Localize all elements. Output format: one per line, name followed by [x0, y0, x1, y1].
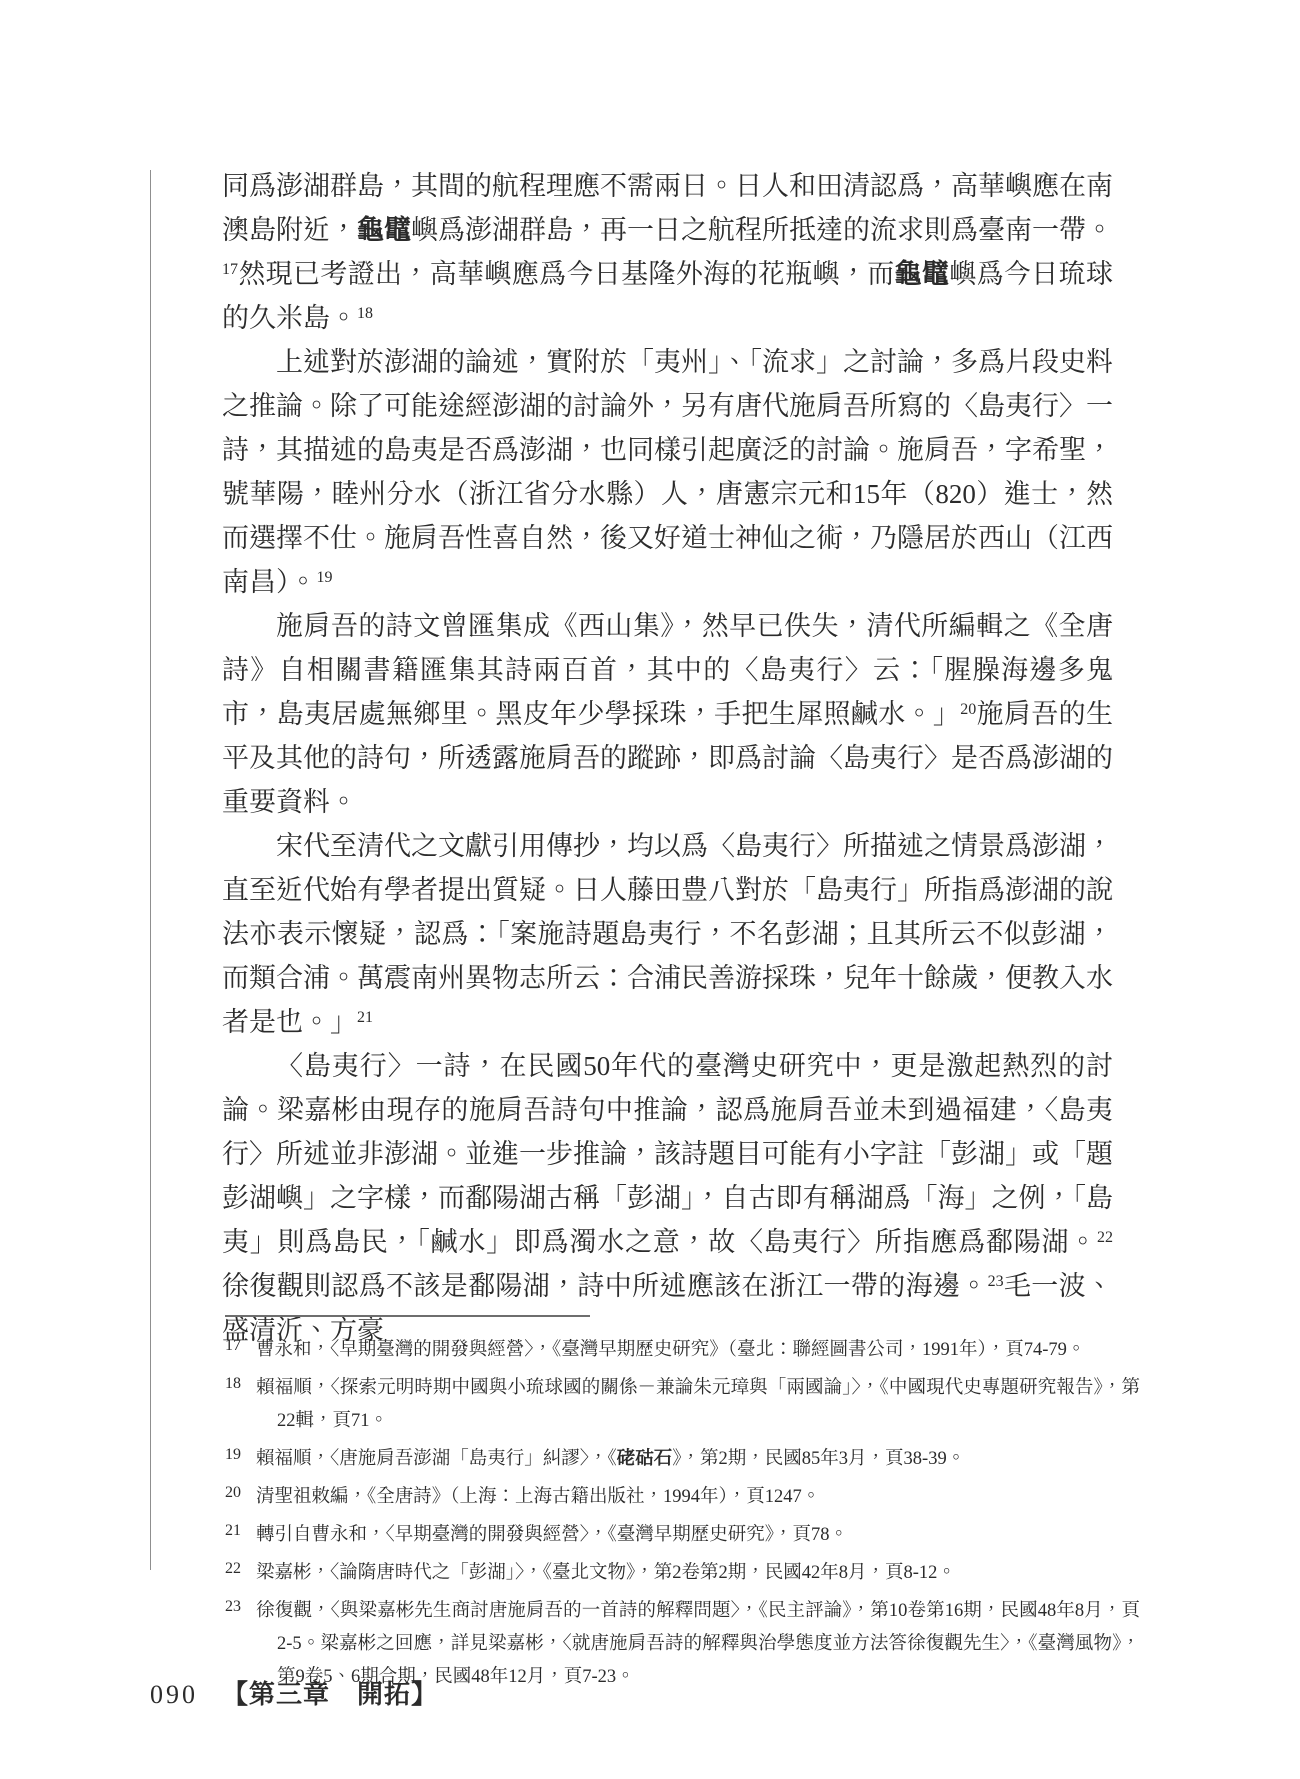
body-text-block: 同爲澎湖群島，其間的航程理應不需兩日。日人和田清認爲，高華嶼應在南澳島附近，龜鼊… — [222, 164, 1113, 1352]
footnote-text: 賴福順，〈探索元明時期中國與小琉球國的關係－兼論朱元璋與「兩國論」〉，《中國現代… — [256, 1378, 1140, 1431]
footnote-text: 賴福順，〈唐施肩吾澎湖「島夷行」糾謬〉，《硓𥑮石》，第2期，民國85年3月，頁3… — [256, 1449, 965, 1469]
footnote-text: 轉引自曹永和，〈早期臺灣的開發與經營〉，《臺灣早期歷史研究》，頁78。 — [256, 1525, 848, 1545]
text-run: 曹永和，〈早期臺灣的開發與經營〉，《臺灣早期歷史研究》（臺北：聯經圖書公司，19… — [256, 1340, 1085, 1360]
footnote-item: 22梁嘉彬，〈論隋唐時代之「彭湖」〉，《臺北文物》，第2卷第2期，民國42年8月… — [225, 1552, 1140, 1590]
text-run: 賴福順，〈探索元明時期中國與小琉球國的關係－兼論朱元璋與「兩國論」〉，《中國現代… — [256, 1378, 1140, 1431]
footnote-ref: 17 — [222, 261, 238, 278]
footnote-separator — [225, 1315, 590, 1317]
text-run: 清聖祖敕編，《全唐詩》（上海：上海古籍出版社，1994年），頁1247。 — [256, 1487, 820, 1507]
text-run: 轉引自曹永和，〈早期臺灣的開發與經營〉，《臺灣早期歷史研究》，頁78。 — [256, 1525, 848, 1545]
footnote-ref: 18 — [357, 305, 373, 322]
footnote-number: 17 — [225, 1329, 256, 1362]
bold-text-run: 龜鼊 — [895, 259, 950, 289]
text-run: 〈島夷行〉一詩，在民國50年代的臺灣史研究中，更是激起熱烈的討論。梁嘉彬由現存的… — [222, 1051, 1113, 1257]
footnotes-block: 17曹永和，〈早期臺灣的開發與經營〉，《臺灣早期歷史研究》（臺北：聯經圖書公司，… — [225, 1329, 1140, 1694]
footnote-ref: 23 — [988, 1273, 1004, 1290]
body-paragraph: 上述對於澎湖的論述，實附於「夷州」、「流求」之討論，多爲片段史料之推論。除了可能… — [222, 340, 1113, 604]
footnote-item: 19賴福順，〈唐施肩吾澎湖「島夷行」糾謬〉，《硓𥑮石》，第2期，民國85年3月，… — [225, 1438, 1140, 1476]
footnote-text: 曹永和，〈早期臺灣的開發與經營〉，《臺灣早期歷史研究》（臺北：聯經圖書公司，19… — [256, 1340, 1085, 1360]
page-footer: 090【第三章 開拓】 — [150, 1674, 438, 1711]
footnote-item: 18賴福順，〈探索元明時期中國與小琉球國的關係－兼論朱元璋與「兩國論」〉，《中國… — [225, 1367, 1140, 1438]
footnote-text: 清聖祖敕編，《全唐詩》（上海：上海古籍出版社，1994年），頁1247。 — [256, 1487, 820, 1507]
text-run: 賴福順，〈唐施肩吾澎湖「島夷行」糾謬〉，《 — [256, 1449, 617, 1469]
footnote-ref: 20 — [960, 701, 976, 718]
body-paragraph: 同爲澎湖群島，其間的航程理應不需兩日。日人和田清認爲，高華嶼應在南澳島附近，龜鼊… — [222, 164, 1113, 340]
page-number: 090 — [150, 1680, 198, 1709]
text-run: 宋代至清代之文獻引用傳抄，均以爲〈島夷行〉所描述之情景爲澎湖，直至近代始有學者提… — [222, 831, 1113, 1037]
text-run: 上述對於澎湖的論述，實附於「夷州」、「流求」之討論，多爲片段史料之推論。除了可能… — [222, 347, 1113, 597]
footnote-number: 21 — [225, 1514, 256, 1547]
footnote-number: 22 — [225, 1552, 256, 1585]
text-run: 徐復觀則認爲不該是鄱陽湖，詩中所述應該在浙江一帶的海邊。 — [222, 1271, 988, 1301]
footnote-item: 20清聖祖敕編，《全唐詩》（上海：上海古籍出版社，1994年），頁1247。 — [225, 1476, 1140, 1514]
left-margin-rule — [150, 170, 151, 1570]
body-paragraph: 施肩吾的詩文曾匯集成《西山集》，然早已佚失，清代所編輯之《全唐詩》自相關書籍匯集… — [222, 604, 1113, 824]
body-paragraph: 〈島夷行〉一詩，在民國50年代的臺灣史研究中，更是激起熱烈的討論。梁嘉彬由現存的… — [222, 1044, 1113, 1352]
footnote-item: 21轉引自曹永和，〈早期臺灣的開發與經營〉，《臺灣早期歷史研究》，頁78。 — [225, 1514, 1140, 1552]
footnote-number: 19 — [225, 1438, 256, 1471]
body-paragraph: 宋代至清代之文獻引用傳抄，均以爲〈島夷行〉所描述之情景爲澎湖，直至近代始有學者提… — [222, 824, 1113, 1044]
footnote-ref: 21 — [357, 1009, 373, 1026]
text-run: 》，第2期，民國85年3月，頁38-39。 — [672, 1449, 965, 1469]
footnote-number: 18 — [225, 1367, 256, 1400]
footnote-number: 20 — [225, 1476, 256, 1509]
footnote-text: 梁嘉彬，〈論隋唐時代之「彭湖」〉，《臺北文物》，第2卷第2期，民國42年8月，頁… — [256, 1563, 956, 1583]
book-page: 同爲澎湖群島，其間的航程理應不需兩日。日人和田清認爲，高華嶼應在南澳島附近，龜鼊… — [0, 0, 1300, 1779]
footnote-ref: 19 — [317, 569, 333, 586]
bold-text-run: 硓𥑮石 — [617, 1449, 673, 1469]
bold-text-run: 龜鼊 — [357, 215, 411, 245]
text-run: 然現已考證出，高華嶼應爲今日基隆外海的花瓶嶼，而 — [238, 259, 895, 289]
chapter-title: 【第三章 開拓】 — [222, 1680, 438, 1709]
text-run: 嶼爲澎湖群島，再一日之航程所抵達的流求則爲臺南一帶。 — [411, 215, 1113, 245]
footnote-ref: 22 — [1097, 1229, 1113, 1246]
text-run: 梁嘉彬，〈論隋唐時代之「彭湖」〉，《臺北文物》，第2卷第2期，民國42年8月，頁… — [256, 1563, 956, 1583]
footnote-item: 17曹永和，〈早期臺灣的開發與經營〉，《臺灣早期歷史研究》（臺北：聯經圖書公司，… — [225, 1329, 1140, 1367]
footnote-number: 23 — [225, 1590, 256, 1623]
